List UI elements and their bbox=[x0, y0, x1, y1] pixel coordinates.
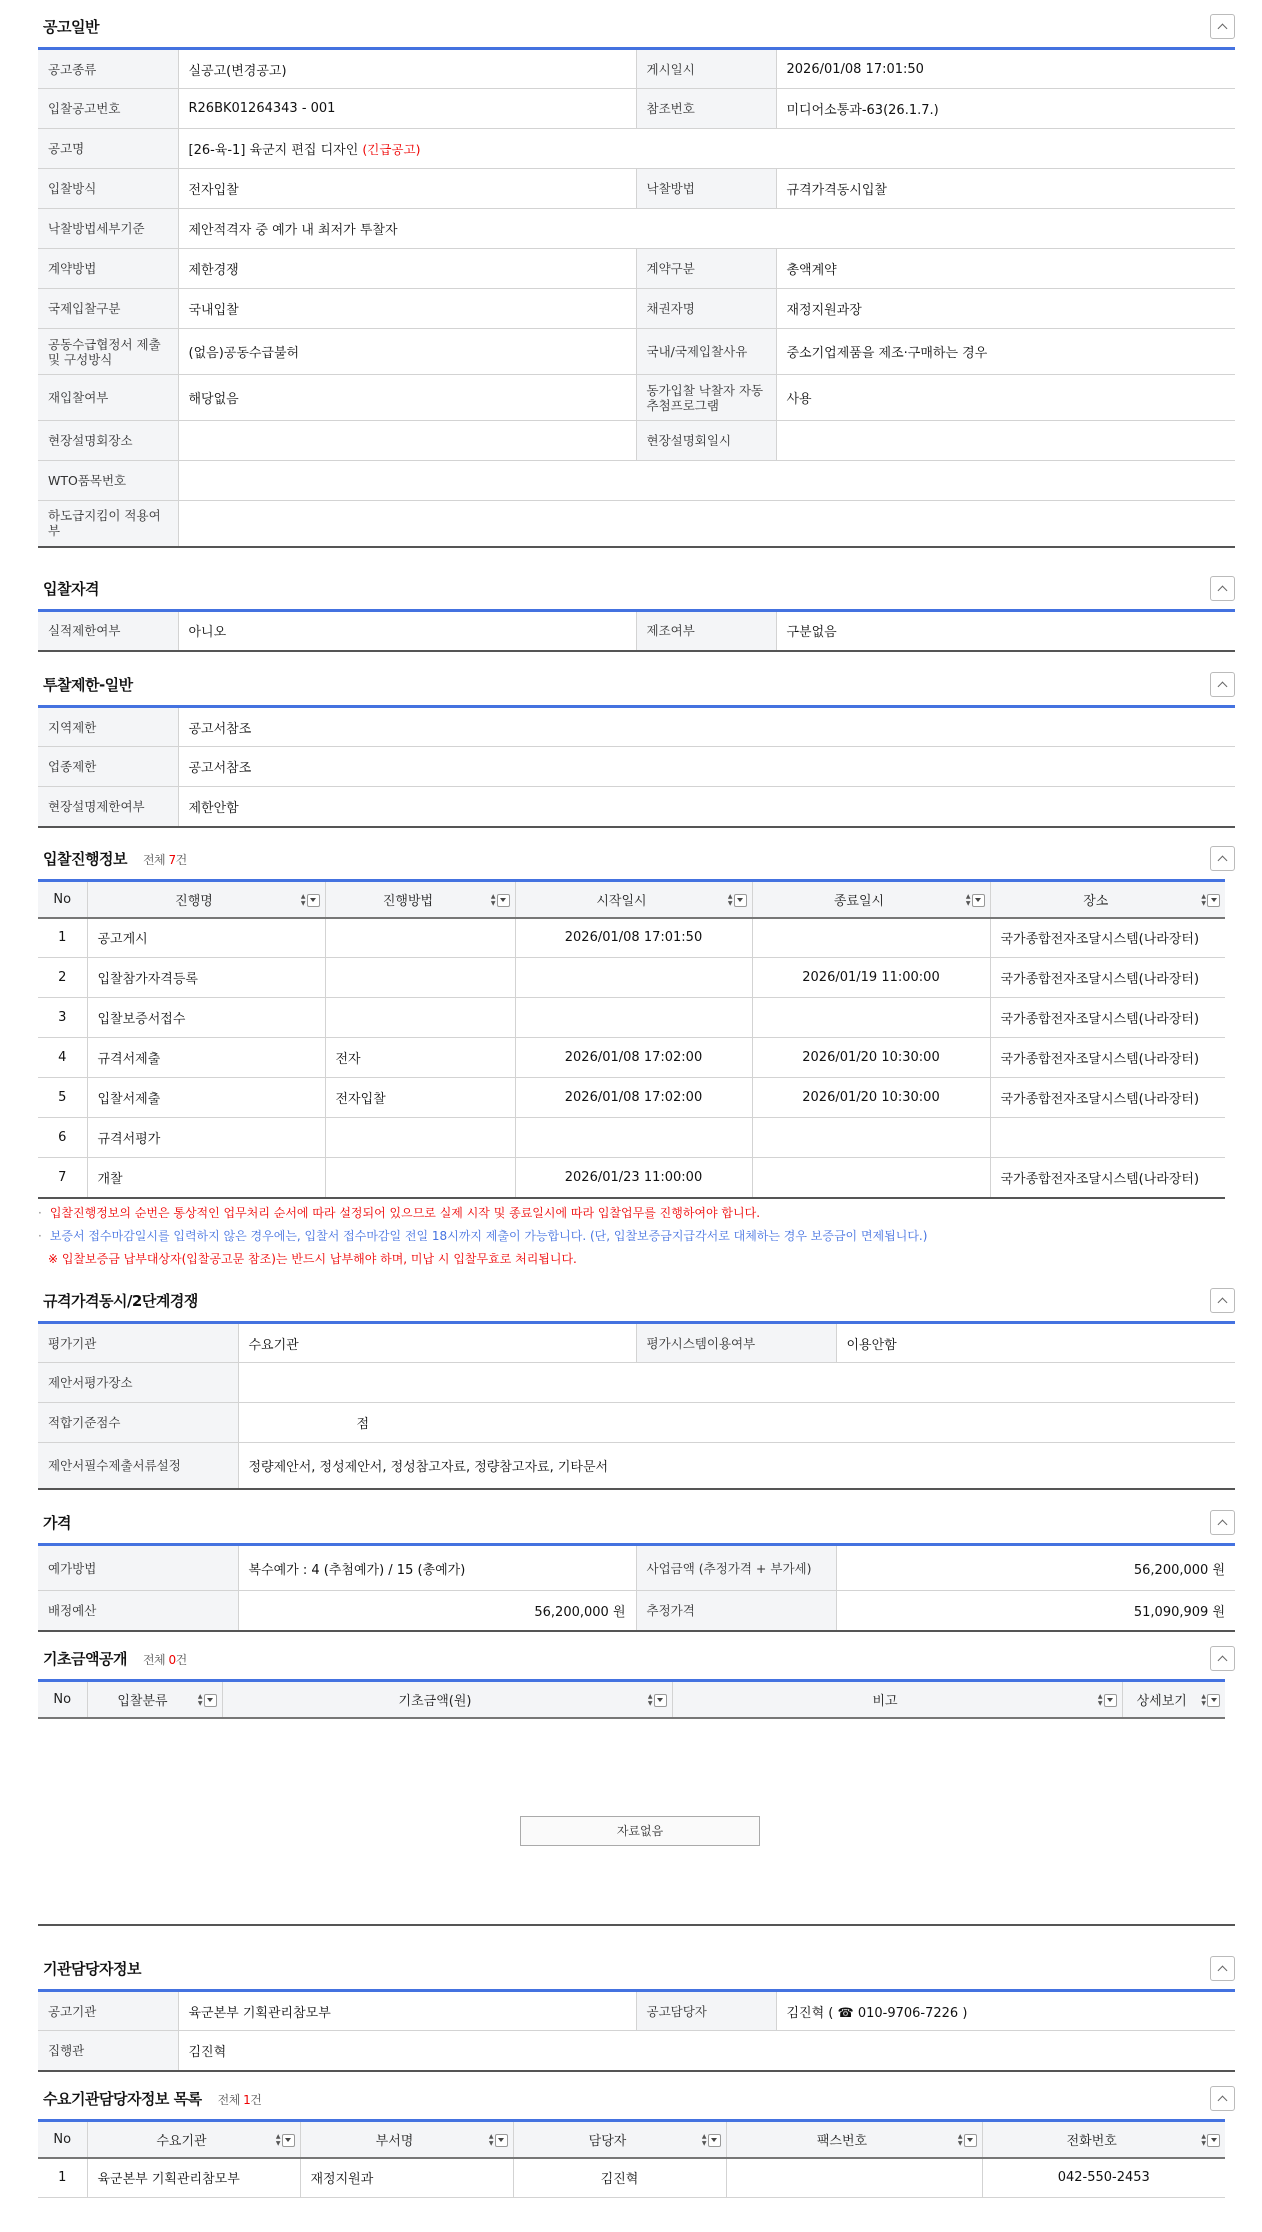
sort-controls: ▲▼ bbox=[1201, 1693, 1220, 1707]
section-demand-contacts: 수요기관담당자정보 목록전체 1건 No수요기관▲▼부서명▲▼담당자▲▼팩스번호… bbox=[38, 2072, 1235, 2198]
column-header[interactable]: 입찰분류▲▼ bbox=[87, 1681, 222, 1718]
section-progress: 입찰진행정보전체 7건 No진행명▲▼진행방법▲▼시작일시▲▼종료일시▲▼장소▲… bbox=[38, 832, 1235, 1199]
table-cell bbox=[990, 1118, 1225, 1158]
section-title: 입찰자격 bbox=[43, 578, 99, 599]
field-label: 제안서평가장소 bbox=[38, 1363, 238, 1403]
field-label: 현장설명회장소 bbox=[38, 421, 178, 461]
sort-controls: ▲▼ bbox=[1201, 2133, 1220, 2147]
table-cell: 3 bbox=[38, 998, 87, 1038]
table-cell: 2026/01/20 10:30:00 bbox=[752, 1038, 990, 1078]
field-label: 공동수급협정서 제출 및 구성방식 bbox=[38, 329, 178, 375]
notice-text: ※ 입찰보증금 납부대상자(입찰공고문 참조)는 반드시 납부해야 하며, 미납… bbox=[48, 1252, 577, 1266]
sort-arrows-icon[interactable]: ▲▼ bbox=[1201, 893, 1206, 907]
field-value: 규격가격동시입찰 bbox=[776, 169, 1235, 209]
field-label: 국내/국제입찰사유 bbox=[636, 329, 776, 375]
info-row: 현장설명회장소현장설명회일시 bbox=[38, 421, 1235, 461]
sort-controls: ▲▼ bbox=[958, 2133, 977, 2147]
table-cell: 규격서평가 bbox=[87, 1118, 325, 1158]
section-title-text: 수요기관담당자정보 목록 bbox=[43, 2090, 202, 2108]
contact-table: 공고기관육군본부 기획관리참모부공고담당자김진혁 ( ☎ 010-9706-72… bbox=[38, 1989, 1235, 2072]
field-label: 채권자명 bbox=[636, 289, 776, 329]
field-label: 제안서필수제출서류설정 bbox=[38, 1443, 238, 1489]
progress-notes: ·입찰진행정보의 순번은 통상적인 업무처리 순서에 따라 설정되어 있으므로 … bbox=[38, 1202, 927, 1271]
table-cell: 2026/01/20 10:30:00 bbox=[752, 1078, 990, 1118]
collapse-button[interactable] bbox=[1210, 1646, 1235, 1671]
sort-controls: ▲▼ bbox=[966, 893, 985, 907]
total-count: 전체 7건 bbox=[143, 853, 187, 867]
column-header[interactable]: 장소▲▼ bbox=[990, 881, 1225, 918]
column-header-label: 진행명 bbox=[175, 894, 213, 909]
restriction-table: 지역제한공고서참조업종제한공고서참조현장설명제한여부제한안함 bbox=[38, 705, 1235, 828]
section-qualification: 입찰자격 실적제한여부아니오제조여부구분없음 bbox=[38, 562, 1235, 652]
column-header-label: 팩스번호 bbox=[817, 2134, 867, 2149]
bullet: · bbox=[38, 1206, 42, 1220]
table-row[interactable]: 6규격서평가 bbox=[38, 1118, 1225, 1158]
column-header[interactable]: 부서명▲▼ bbox=[300, 2121, 513, 2158]
field-label: 추정가격 bbox=[636, 1591, 836, 1631]
table-cell: 재정지원과 bbox=[300, 2158, 513, 2198]
field-value: 아니오 bbox=[178, 611, 636, 651]
table-cell bbox=[325, 1158, 515, 1198]
info-row: 입찰방식전자입찰낙찰방법규격가격동시입찰 bbox=[38, 169, 1235, 209]
filter-dropdown-icon[interactable] bbox=[282, 2134, 295, 2147]
column-header[interactable]: No bbox=[38, 2121, 87, 2158]
table-cell bbox=[726, 2158, 982, 2198]
table-cell: 6 bbox=[38, 1118, 87, 1158]
column-header-label: 비고 bbox=[872, 1694, 897, 1709]
empty-state: 자료없음 bbox=[38, 1719, 1235, 1926]
sort-controls: ▲▼ bbox=[1098, 1693, 1117, 1707]
table-cell: 042-550-2453 bbox=[982, 2158, 1225, 2198]
column-header[interactable]: 팩스번호▲▼ bbox=[726, 2121, 982, 2158]
column-header-label: 담당자 bbox=[589, 2134, 627, 2149]
sort-arrows-icon[interactable]: ▲▼ bbox=[728, 893, 733, 907]
field-value: 중소기업제품을 제조·구매하는 경우 bbox=[776, 329, 1235, 375]
column-header-label: 기초금액(원) bbox=[399, 1694, 472, 1709]
column-header-label: 종료일시 bbox=[834, 894, 884, 909]
field-value: 제한안함 bbox=[178, 787, 1235, 827]
info-row: 공고종류실공고(변경공고)게시일시2026/01/08 17:01:50 bbox=[38, 49, 1235, 89]
column-header-label: 입찰분류 bbox=[117, 1694, 167, 1709]
field-value: 구분없음 bbox=[776, 611, 1235, 651]
field-value: 공고서참조 bbox=[178, 707, 1235, 747]
filter-dropdown-icon[interactable] bbox=[1104, 1694, 1117, 1707]
section-two-stage: 규격가격동시/2단계경쟁 평가기관수요기관평가시스템이용여부이용안함제안서평가장… bbox=[38, 1274, 1235, 1490]
collapse-button[interactable] bbox=[1210, 1288, 1235, 1313]
demand-contacts-table: No수요기관▲▼부서명▲▼담당자▲▼팩스번호▲▼전화번호▲▼1육군본부 기획관리… bbox=[38, 2119, 1225, 2198]
table-row[interactable]: 2입찰참가자격등록2026/01/19 11:00:00국가종합전자조달시스템(… bbox=[38, 958, 1225, 998]
section-title: 규격가격동시/2단계경쟁 bbox=[43, 1290, 198, 1311]
info-row: 공고기관육군본부 기획관리참모부공고담당자김진혁 ( ☎ 010-9706-72… bbox=[38, 1991, 1235, 2031]
info-row: 국제입찰구분국내입찰채권자명재정지원과장 bbox=[38, 289, 1235, 329]
field-label: 입찰방식 bbox=[38, 169, 178, 209]
field-label: 낙찰방법 bbox=[636, 169, 776, 209]
field-label: 계약구분 bbox=[636, 249, 776, 289]
field-label: 평가시스템이용여부 bbox=[636, 1323, 836, 1363]
filter-dropdown-icon[interactable] bbox=[495, 2134, 508, 2147]
field-value: 복수예가 : 4 (추첨예가) / 15 (총예가) bbox=[238, 1545, 636, 1591]
sort-arrows-icon[interactable]: ▲▼ bbox=[958, 2133, 963, 2147]
table-cell bbox=[515, 998, 752, 1038]
field-value: R26BK01264343 - 001 bbox=[178, 89, 636, 129]
sort-arrows-icon[interactable]: ▲▼ bbox=[1201, 2133, 1206, 2147]
table-cell: 7 bbox=[38, 1158, 87, 1198]
urgent-badge: (긴급공고) bbox=[362, 142, 420, 157]
info-row: 적합기준점수점 bbox=[38, 1403, 1235, 1443]
field-value bbox=[238, 1363, 1235, 1403]
sort-arrows-icon[interactable]: ▲▼ bbox=[648, 1693, 653, 1707]
info-row: 계약방법제한경쟁계약구분총액계약 bbox=[38, 249, 1235, 289]
field-label: 계약방법 bbox=[38, 249, 178, 289]
table-cell: 2026/01/08 17:01:50 bbox=[515, 918, 752, 958]
sort-controls: ▲▼ bbox=[491, 893, 510, 907]
header-row: No입찰분류▲▼기초금액(원)▲▼비고▲▼상세보기▲▼ bbox=[38, 1681, 1225, 1718]
info-row: WTO품목번호 bbox=[38, 461, 1235, 501]
field-value: 공고서참조 bbox=[178, 747, 1235, 787]
field-value: 이용안함 bbox=[836, 1323, 1235, 1363]
table-cell: 2026/01/23 11:00:00 bbox=[515, 1158, 752, 1198]
sort-arrows-icon[interactable]: ▲▼ bbox=[491, 893, 496, 907]
field-value bbox=[178, 461, 1235, 501]
table-row[interactable]: 1공고게시2026/01/08 17:01:50국가종합전자조달시스템(나라장터… bbox=[38, 918, 1225, 958]
table-cell: 육군본부 기획관리참모부 bbox=[87, 2158, 300, 2198]
info-row: 배정예산56,200,000 원추정가격51,090,909 원 bbox=[38, 1591, 1235, 1631]
info-row: 집행관김진혁 bbox=[38, 2031, 1235, 2071]
general-info-table: 공고종류실공고(변경공고)게시일시2026/01/08 17:01:50입찰공고… bbox=[38, 47, 1235, 548]
filter-dropdown-icon[interactable] bbox=[734, 894, 747, 907]
field-label: 제조여부 bbox=[636, 611, 776, 651]
sort-arrows-icon[interactable]: ▲▼ bbox=[1098, 1693, 1103, 1707]
info-row: 재입찰여부해당없음동가입찰 낙찰자 자동추첨프로그램사용 bbox=[38, 375, 1235, 421]
sort-controls: ▲▼ bbox=[728, 893, 747, 907]
table-row[interactable]: 4규격서제출전자2026/01/08 17:02:002026/01/20 10… bbox=[38, 1038, 1225, 1078]
field-value-text: [26-육-1] 육군지 편집 디자인 bbox=[189, 143, 359, 158]
two-stage-table: 평가기관수요기관평가시스템이용여부이용안함제안서평가장소적합기준점수점제안서필수… bbox=[38, 1321, 1235, 1490]
table-cell: 2 bbox=[38, 958, 87, 998]
table-cell: 전자입찰 bbox=[325, 1078, 515, 1118]
table-cell: 김진혁 bbox=[513, 2158, 726, 2198]
sort-controls: ▲▼ bbox=[301, 893, 320, 907]
section-restriction: 투찰제한-일반 지역제한공고서참조업종제한공고서참조현장설명제한여부제한안함 bbox=[38, 658, 1235, 828]
field-value bbox=[776, 421, 1235, 461]
filter-dropdown-icon[interactable] bbox=[497, 894, 510, 907]
notice-line: ·보증서 접수마감일시를 입력하지 않은 경우에는, 입찰서 접수마감일 전일 … bbox=[38, 1225, 927, 1248]
field-value: 김진혁 bbox=[178, 2031, 1235, 2071]
section-title: 가격 bbox=[43, 1512, 71, 1533]
table-cell bbox=[515, 958, 752, 998]
notice-text: 입찰진행정보의 순번은 통상적인 업무처리 순서에 따라 설정되어 있으므로 실… bbox=[50, 1206, 760, 1220]
field-value: 51,090,909 원 bbox=[836, 1591, 1235, 1631]
field-label: 적합기준점수 bbox=[38, 1403, 238, 1443]
table-cell: 국가종합전자조달시스템(나라장터) bbox=[990, 998, 1225, 1038]
section-title-text: 기초금액공개 bbox=[43, 1650, 127, 1668]
table-cell: 국가종합전자조달시스템(나라장터) bbox=[990, 1038, 1225, 1078]
info-row: 현장설명제한여부제한안함 bbox=[38, 787, 1235, 827]
column-header[interactable]: No bbox=[38, 1681, 87, 1718]
section-title: 공고일반 bbox=[43, 16, 99, 37]
column-header[interactable]: 비고▲▼ bbox=[672, 1681, 1122, 1718]
sort-controls: ▲▼ bbox=[198, 1693, 217, 1707]
column-header[interactable]: 전화번호▲▼ bbox=[982, 2121, 1225, 2158]
sort-arrows-icon[interactable]: ▲▼ bbox=[702, 2133, 707, 2147]
collapse-button[interactable] bbox=[1210, 1956, 1235, 1981]
info-row: 낙찰방법세부기준제안적격자 중 예가 내 최저가 투찰자 bbox=[38, 209, 1235, 249]
field-value: 육군본부 기획관리참모부 bbox=[178, 1991, 636, 2031]
header-row: No진행명▲▼진행방법▲▼시작일시▲▼종료일시▲▼장소▲▼ bbox=[38, 881, 1225, 918]
filter-dropdown-icon[interactable] bbox=[708, 2134, 721, 2147]
field-value: 사용 bbox=[776, 375, 1235, 421]
table-cell: 입찰참가자격등록 bbox=[87, 958, 325, 998]
info-row: 제안서평가장소 bbox=[38, 1363, 1235, 1403]
table-cell bbox=[325, 998, 515, 1038]
field-value: 제안적격자 중 예가 내 최저가 투찰자 bbox=[178, 209, 1235, 249]
table-cell bbox=[752, 1158, 990, 1198]
table-cell: 2026/01/19 11:00:00 bbox=[752, 958, 990, 998]
notice-line: ·입찰진행정보의 순번은 통상적인 업무처리 순서에 따라 설정되어 있으므로 … bbox=[38, 1202, 927, 1225]
field-value: 56,200,000 원 bbox=[836, 1545, 1235, 1591]
table-cell bbox=[515, 1118, 752, 1158]
sort-controls: ▲▼ bbox=[276, 2133, 295, 2147]
field-label: 실적제한여부 bbox=[38, 611, 178, 651]
sort-controls: ▲▼ bbox=[648, 1693, 667, 1707]
field-value: 수요기관 bbox=[238, 1323, 636, 1363]
field-label: 참조번호 bbox=[636, 89, 776, 129]
column-header-label: 장소 bbox=[1083, 894, 1108, 909]
column-header[interactable]: 상세보기▲▼ bbox=[1122, 1681, 1225, 1718]
collapse-button[interactable] bbox=[1210, 2086, 1235, 2111]
field-value: 점 bbox=[238, 1403, 1235, 1443]
column-header[interactable]: 기초금액(원)▲▼ bbox=[222, 1681, 672, 1718]
field-label: 업종제한 bbox=[38, 747, 178, 787]
column-header-label: 진행방법 bbox=[383, 894, 433, 909]
filter-dropdown-icon[interactable] bbox=[964, 2134, 977, 2147]
table-row[interactable]: 7개찰2026/01/23 11:00:00국가종합전자조달시스템(나라장터) bbox=[38, 1158, 1225, 1198]
total-count: 전체 0건 bbox=[143, 1653, 187, 1667]
filter-dropdown-icon[interactable] bbox=[654, 1694, 667, 1707]
field-value: 재정지원과장 bbox=[776, 289, 1235, 329]
table-cell bbox=[752, 998, 990, 1038]
column-header[interactable]: 담당자▲▼ bbox=[513, 2121, 726, 2158]
sort-controls: ▲▼ bbox=[489, 2133, 508, 2147]
column-header-label: 상세보기 bbox=[1137, 1694, 1187, 1709]
field-value: [26-육-1] 육군지 편집 디자인 (긴급공고) bbox=[178, 129, 1235, 169]
table-cell bbox=[325, 918, 515, 958]
column-header[interactable]: 시작일시▲▼ bbox=[515, 881, 752, 918]
column-header-label: 부서명 bbox=[376, 2134, 414, 2149]
field-label: 현장설명회일시 bbox=[636, 421, 776, 461]
table-cell bbox=[752, 1118, 990, 1158]
field-value bbox=[178, 501, 1235, 547]
field-value bbox=[178, 421, 636, 461]
field-label: 입찰공고번호 bbox=[38, 89, 178, 129]
field-value: 56,200,000 원 bbox=[238, 1591, 636, 1631]
table-cell: 2026/01/08 17:02:00 bbox=[515, 1078, 752, 1118]
filter-dropdown-icon[interactable] bbox=[972, 894, 985, 907]
table-cell: 1 bbox=[38, 2158, 87, 2198]
field-value: 2026/01/08 17:01:50 bbox=[776, 49, 1235, 89]
field-label: 동가입찰 낙찰자 자동추첨프로그램 bbox=[636, 375, 776, 421]
field-value: 제한경쟁 bbox=[178, 249, 636, 289]
field-label: 국제입찰구분 bbox=[38, 289, 178, 329]
filter-dropdown-icon[interactable] bbox=[1207, 1694, 1220, 1707]
field-value: 전자입찰 bbox=[178, 169, 636, 209]
field-value: 총액계약 bbox=[776, 249, 1235, 289]
column-header[interactable]: 종료일시▲▼ bbox=[752, 881, 990, 918]
table-cell: 국가종합전자조달시스템(나라장터) bbox=[990, 918, 1225, 958]
column-header[interactable]: No bbox=[38, 881, 87, 918]
collapse-button[interactable] bbox=[1210, 1510, 1235, 1535]
field-label: 현장설명제한여부 bbox=[38, 787, 178, 827]
field-value: 실공고(변경공고) bbox=[178, 49, 636, 89]
collapse-button[interactable] bbox=[1210, 672, 1235, 697]
collapse-button[interactable] bbox=[1210, 846, 1235, 871]
column-header-label: No bbox=[53, 1692, 71, 1707]
field-label: 지역제한 bbox=[38, 707, 178, 747]
field-value: 김진혁 ( ☎ 010-9706-7226 ) bbox=[776, 1991, 1235, 2031]
field-label: 배정예산 bbox=[38, 1591, 238, 1631]
table-cell: 전자 bbox=[325, 1038, 515, 1078]
sort-arrows-icon[interactable]: ▲▼ bbox=[198, 1693, 203, 1707]
table-cell: 국가종합전자조달시스템(나라장터) bbox=[990, 1158, 1225, 1198]
field-label: 공고기관 bbox=[38, 1991, 178, 2031]
table-cell: 국가종합전자조달시스템(나라장터) bbox=[990, 958, 1225, 998]
table-cell: 개찰 bbox=[87, 1158, 325, 1198]
table-cell: 국가종합전자조달시스템(나라장터) bbox=[990, 1078, 1225, 1118]
field-value: 해당없음 bbox=[178, 375, 636, 421]
info-row: 지역제한공고서참조 bbox=[38, 707, 1235, 747]
field-label: 집행관 bbox=[38, 2031, 178, 2071]
field-label: WTO품목번호 bbox=[38, 461, 178, 501]
info-row: 하도급지킴이 적용여부 bbox=[38, 501, 1235, 547]
sort-arrows-icon[interactable]: ▲▼ bbox=[276, 2133, 281, 2147]
section-price: 가격 예가방법복수예가 : 4 (추첨예가) / 15 (총예가)사업금액 (추… bbox=[38, 1496, 1235, 1632]
field-value: 정량제안서, 정성제안서, 정성참고자료, 정량참고자료, 기타문서 bbox=[238, 1443, 1235, 1489]
info-row: 공동수급협정서 제출 및 구성방식(없음)공동수급불허국내/국제입찰사유중소기업… bbox=[38, 329, 1235, 375]
section-title-text: 입찰진행정보 bbox=[43, 850, 127, 868]
field-label: 공고명 bbox=[38, 129, 178, 169]
column-header-label: 전화번호 bbox=[1067, 2134, 1117, 2149]
table-cell: 2026/01/08 17:02:00 bbox=[515, 1038, 752, 1078]
bullet: · bbox=[38, 1229, 42, 1243]
column-header-label: 수요기관 bbox=[156, 2134, 206, 2149]
table-cell bbox=[325, 958, 515, 998]
table-cell bbox=[325, 1118, 515, 1158]
section-general: 공고일반 공고종류실공고(변경공고)게시일시2026/01/08 17:01:5… bbox=[38, 0, 1235, 548]
filter-dropdown-icon[interactable] bbox=[307, 894, 320, 907]
section-title: 기초금액공개전체 0건 bbox=[43, 1648, 187, 1669]
info-row: 입찰공고번호R26BK01264343 - 001참조번호미디어소통과-63(2… bbox=[38, 89, 1235, 129]
table-cell: 입찰보증서접수 bbox=[87, 998, 325, 1038]
field-value: 국내입찰 bbox=[178, 289, 636, 329]
field-label: 게시일시 bbox=[636, 49, 776, 89]
filter-dropdown-icon[interactable] bbox=[204, 1694, 217, 1707]
field-label: 예가방법 bbox=[38, 1545, 238, 1591]
table-cell: 입찰서제출 bbox=[87, 1078, 325, 1118]
sort-arrows-icon[interactable]: ▲▼ bbox=[966, 893, 971, 907]
table-row[interactable]: 1육군본부 기획관리참모부재정지원과김진혁042-550-2453 bbox=[38, 2158, 1225, 2198]
no-data-message: 자료없음 bbox=[520, 1816, 760, 1846]
field-label: 하도급지킴이 적용여부 bbox=[38, 501, 178, 547]
table-cell: 4 bbox=[38, 1038, 87, 1078]
section-title: 입찰진행정보전체 7건 bbox=[43, 848, 187, 869]
table-cell: 5 bbox=[38, 1078, 87, 1118]
column-header[interactable]: 진행방법▲▼ bbox=[325, 881, 515, 918]
section-title: 투찰제한-일반 bbox=[43, 674, 133, 695]
section-contact: 기관담당자정보 공고기관육군본부 기획관리참모부공고담당자김진혁 ( ☎ 010… bbox=[38, 1942, 1235, 2072]
table-cell: 1 bbox=[38, 918, 87, 958]
filter-dropdown-icon[interactable] bbox=[1207, 2134, 1220, 2147]
field-label: 공고담당자 bbox=[636, 1991, 776, 2031]
table-cell bbox=[752, 918, 990, 958]
column-header[interactable]: 수요기관▲▼ bbox=[87, 2121, 300, 2158]
filter-dropdown-icon[interactable] bbox=[1207, 894, 1220, 907]
info-row: 예가방법복수예가 : 4 (추첨예가) / 15 (총예가)사업금액 (추정가격… bbox=[38, 1545, 1235, 1591]
section-title: 수요기관담당자정보 목록전체 1건 bbox=[43, 2088, 261, 2109]
column-header-label: No bbox=[53, 892, 71, 907]
column-header-label: No bbox=[53, 2132, 71, 2147]
section-title: 기관담당자정보 bbox=[43, 1958, 141, 1979]
info-row: 업종제한공고서참조 bbox=[38, 747, 1235, 787]
info-row: 공고명[26-육-1] 육군지 편집 디자인 (긴급공고) bbox=[38, 129, 1235, 169]
table-cell: 공고게시 bbox=[87, 918, 325, 958]
column-header[interactable]: 진행명▲▼ bbox=[87, 881, 325, 918]
base-amount-table: No입찰분류▲▼기초금액(원)▲▼비고▲▼상세보기▲▼ bbox=[38, 1679, 1225, 1719]
collapse-button[interactable] bbox=[1210, 576, 1235, 601]
info-row: 실적제한여부아니오제조여부구분없음 bbox=[38, 611, 1235, 651]
header-row: No수요기관▲▼부서명▲▼담당자▲▼팩스번호▲▼전화번호▲▼ bbox=[38, 2121, 1225, 2158]
sort-arrows-icon[interactable]: ▲▼ bbox=[1201, 1693, 1206, 1707]
table-row[interactable]: 3입찰보증서접수국가종합전자조달시스템(나라장터) bbox=[38, 998, 1225, 1038]
total-count: 전체 1건 bbox=[218, 2093, 262, 2107]
sort-arrows-icon[interactable]: ▲▼ bbox=[489, 2133, 494, 2147]
field-label: 낙찰방법세부기준 bbox=[38, 209, 178, 249]
section-base-amount: 기초금액공개전체 0건 No입찰분류▲▼기초금액(원)▲▼비고▲▼상세보기▲▼ … bbox=[38, 1632, 1235, 1926]
field-value: (없음)공동수급불허 bbox=[178, 329, 636, 375]
notice-line: ※ 입찰보증금 납부대상자(입찰공고문 참조)는 반드시 납부해야 하며, 미납… bbox=[38, 1248, 927, 1271]
sort-controls: ▲▼ bbox=[702, 2133, 721, 2147]
field-label: 공고종류 bbox=[38, 49, 178, 89]
progress-table: No진행명▲▼진행방법▲▼시작일시▲▼종료일시▲▼장소▲▼1공고게시2026/0… bbox=[38, 879, 1225, 1199]
info-row: 평가기관수요기관평가시스템이용여부이용안함 bbox=[38, 1323, 1235, 1363]
price-table: 예가방법복수예가 : 4 (추첨예가) / 15 (총예가)사업금액 (추정가격… bbox=[38, 1543, 1235, 1632]
sort-arrows-icon[interactable]: ▲▼ bbox=[301, 893, 306, 907]
field-label: 사업금액 (추정가격 + 부가세) bbox=[636, 1545, 836, 1591]
sort-controls: ▲▼ bbox=[1201, 893, 1220, 907]
table-cell: 규격서제출 bbox=[87, 1038, 325, 1078]
column-header-label: 시작일시 bbox=[596, 894, 646, 909]
qualification-table: 실적제한여부아니오제조여부구분없음 bbox=[38, 609, 1235, 652]
field-label: 평가기관 bbox=[38, 1323, 238, 1363]
table-row[interactable]: 5입찰서제출전자입찰2026/01/08 17:02:002026/01/20 … bbox=[38, 1078, 1225, 1118]
notice-text: 보증서 접수마감일시를 입력하지 않은 경우에는, 입찰서 접수마감일 전일 1… bbox=[50, 1229, 928, 1243]
collapse-button[interactable] bbox=[1210, 14, 1235, 39]
field-value: 미디어소통과-63(26.1.7.) bbox=[776, 89, 1235, 129]
field-label: 재입찰여부 bbox=[38, 375, 178, 421]
info-row: 제안서필수제출서류설정정량제안서, 정성제안서, 정성참고자료, 정량참고자료,… bbox=[38, 1443, 1235, 1489]
